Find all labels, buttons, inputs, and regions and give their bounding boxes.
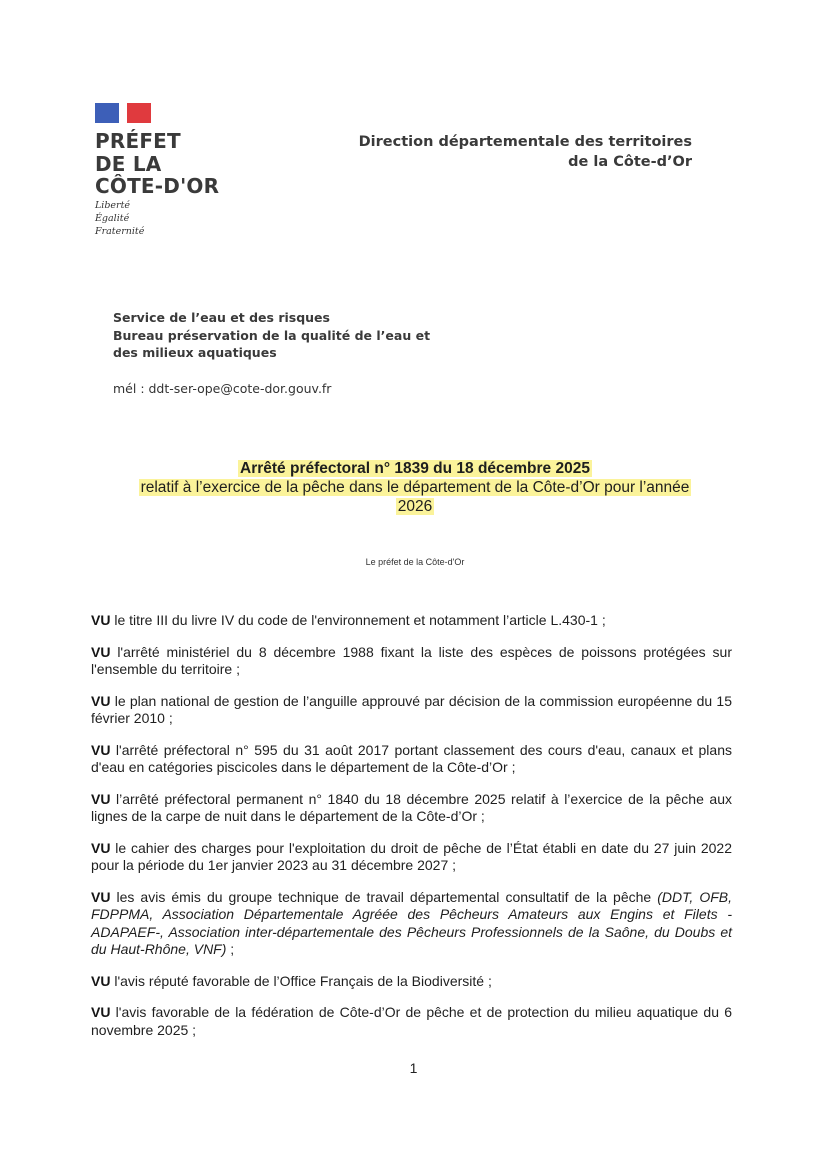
decree-title: Arrêté préfectoral n° 1839 du 18 décembr… [90,459,740,516]
consideration-keyword: VU [91,612,110,628]
consideration-text: l'arrêté ministériel du 8 décembre 1988 … [91,644,732,678]
consideration-text: le plan national de gestion de l’anguill… [91,693,732,727]
consideration-keyword: VU [91,840,110,856]
contact-email[interactable]: mél : ddt-ser-ope@cote-dor.gouv.fr [113,381,331,396]
consideration-keyword: VU [91,791,110,807]
consideration-text: l'avis favorable de la fédération de Côt… [91,1004,732,1038]
considerations-list: VU le titre III du livre IV du code de l… [91,612,732,1053]
consideration-text: le cahier des charges pour l'exploitatio… [91,840,732,874]
direction-header: Direction départementale des territoires… [359,132,692,172]
consideration-keyword: VU [91,889,110,905]
consideration-item: VU l'avis favorable de la fédération de … [91,1004,732,1039]
consideration-keyword: VU [91,742,110,758]
consideration-item: VU l'arrêté ministériel du 8 décembre 19… [91,644,732,679]
consideration-keyword: VU [91,693,110,709]
flag-white-stripe [119,103,127,123]
consideration-item: VU l'avis réputé favorable de l’Office F… [91,973,732,991]
prefecture-logo-text: PRÉFET DE LA CÔTE-D'OR [95,130,219,198]
flag-blue-stripe [95,103,119,123]
consideration-text: l'arrêté préfectoral n° 595 du 31 août 2… [91,742,732,776]
consideration-item: VU l’arrêté préfectoral permanent n° 184… [91,791,732,826]
consideration-text: l’arrêté préfectoral permanent n° 1840 d… [91,791,732,825]
consideration-text: l'avis réputé favorable de l’Office Fran… [110,973,491,989]
decree-title-line-3: 2026 [396,498,434,515]
authority-line: Le préfet de la Côte-d'Or [90,557,740,567]
consideration-item: VU le titre III du livre IV du code de l… [91,612,732,630]
consideration-text: le titre III du livre IV du code de l'en… [110,612,605,628]
service-line-2: Bureau préservation de la qualité de l’e… [113,327,430,345]
page-number: 1 [0,1060,827,1076]
logo-line: PRÉFET [95,130,219,153]
consideration-keyword: VU [91,973,110,989]
marianne-flag-icon [95,103,151,123]
logo-line: CÔTE-D'OR [95,175,219,198]
consideration-keyword: VU [91,1004,110,1020]
service-line-1: Service de l’eau et des risques [113,309,430,327]
direction-line-1: Direction départementale des territoires [359,132,692,152]
service-line-3: des milieux aquatiques [113,344,430,362]
flag-red-stripe [127,103,151,123]
consideration-item: VU le plan national de gestion de l’angu… [91,693,732,728]
logo-line: DE LA [95,153,219,176]
consideration-item: VU le cahier des charges pour l'exploita… [91,840,732,875]
decree-title-line-1: Arrêté préfectoral n° 1839 du 18 décembr… [238,460,592,477]
consideration-item: VU les avis émis du groupe technique de … [91,889,732,959]
consideration-keyword: VU [91,644,110,660]
motto-line: Égalité [95,212,144,225]
direction-line-2: de la Côte-d’Or [359,152,692,172]
consideration-item: VU l'arrêté préfectoral n° 595 du 31 aoû… [91,742,732,777]
decree-title-line-2: relatif à l’exercice de la pêche dans le… [139,479,692,496]
motto-line: Liberté [95,199,144,212]
consideration-text: les avis émis du groupe technique de tra… [110,889,657,905]
republic-motto: Liberté Égalité Fraternité [95,199,144,238]
motto-line: Fraternité [95,225,144,238]
service-block: Service de l’eau et des risques Bureau p… [113,309,430,362]
consideration-tail: ; [226,941,234,957]
